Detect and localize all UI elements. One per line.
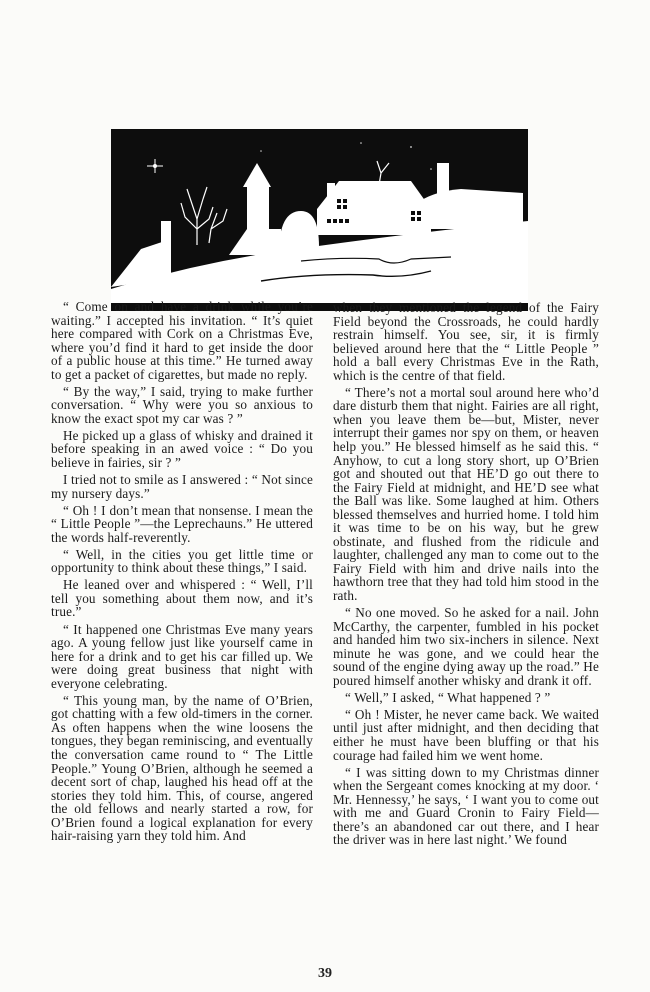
paragraph: “ This young man, by the name of O’Brien… xyxy=(51,694,313,843)
paragraph: “ Well, in the cities you get little tim… xyxy=(51,548,313,575)
paragraph: “ Well,” I asked, “ What happened ? ” xyxy=(333,691,599,705)
snowy-village-night-scene-icon xyxy=(111,129,528,311)
paragraph-continued: when they mentioned the legend of the Fa… xyxy=(333,301,599,382)
paragraph: “ Oh ! I don’t mean that nonsense. I mea… xyxy=(51,504,313,545)
page-number: 39 xyxy=(311,966,339,982)
paragraph: He leaned over and whispered : “ Well, I… xyxy=(51,578,313,619)
paragraph: He picked up a glass of whisky and drain… xyxy=(51,429,313,470)
paragraph: “ Come on and have a drink while you’re … xyxy=(51,300,313,381)
paragraph: I tried not to smile as I answered : “ N… xyxy=(51,473,313,500)
left-text-column: “ Come on and have a drink while you’re … xyxy=(51,300,313,846)
paragraph: “ Oh ! Mister, he never came back. We wa… xyxy=(333,708,599,762)
paragraph: “ There’s not a mortal soul around here … xyxy=(333,386,599,603)
paragraph: “ By the way,” I said, trying to make fu… xyxy=(51,385,313,426)
snowy-village-illustration xyxy=(111,129,528,311)
paragraph: “ It happened one Christmas Eve many yea… xyxy=(51,623,313,691)
paragraph: “ No one moved. So he asked for a nail. … xyxy=(333,606,599,687)
paragraph: “ I was sitting down to my Christmas din… xyxy=(333,766,599,847)
right-text-column: when they mentioned the legend of the Fa… xyxy=(333,301,599,850)
